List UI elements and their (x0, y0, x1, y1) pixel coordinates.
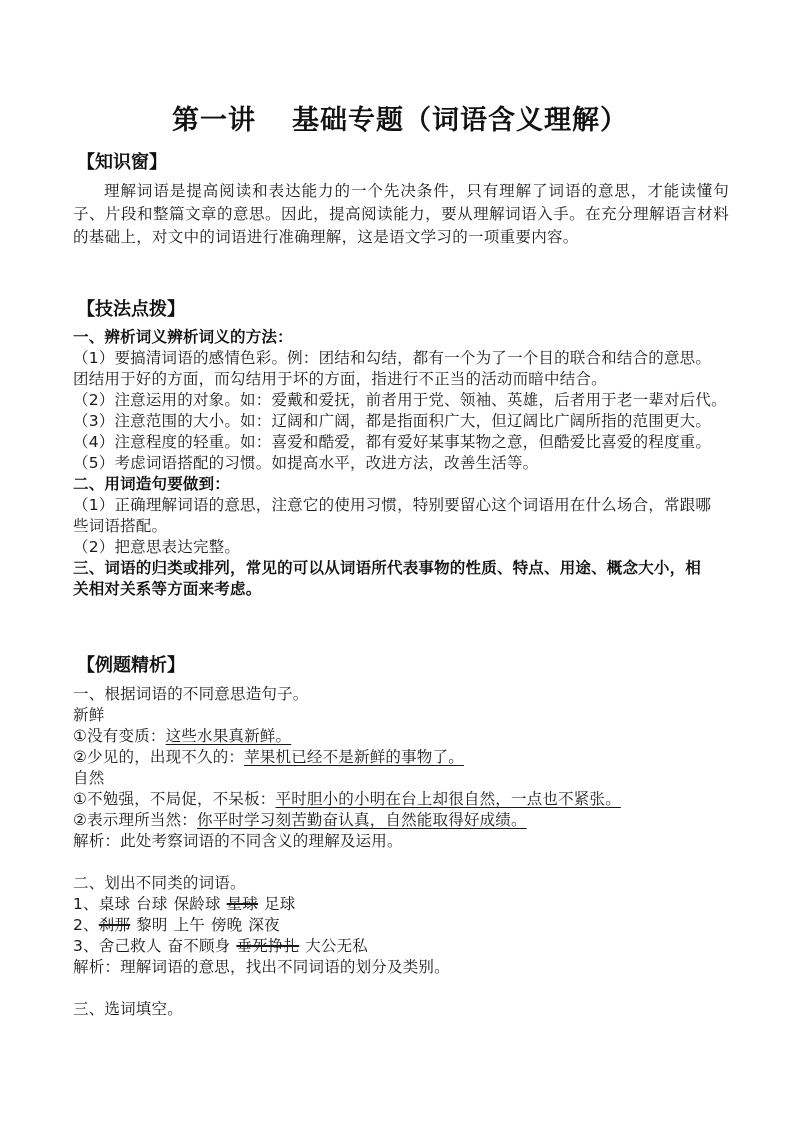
techniques-heading: 【技法点拨】 (77, 295, 185, 321)
word-group-row: 1、桌球台球保龄球星球足球 (73, 894, 729, 915)
word: 桌球 (99, 895, 130, 913)
word-heading: 自然 (73, 768, 729, 789)
lecture-topic: 基础专题（词语含义理解） (292, 105, 628, 136)
word: 台球 (136, 895, 167, 913)
struck-word: 垂死挣扎 (236, 937, 299, 955)
question-2-analysis: 解析：理解词语的意思，找出不同词语的划分及类别。 (73, 957, 729, 978)
word: 足球 (264, 895, 295, 913)
word-group-row: 2、刹那黎明上午傍晚深夜 (73, 915, 729, 936)
word: 奋不顾身 (168, 937, 231, 955)
word-group-row: 3、舍己救人奋不顾身垂死挣扎大公无私 (73, 936, 729, 957)
definition-label: ②少见的，出现不久的： (73, 748, 244, 766)
technique-item: （1）要搞清词语的感情色彩。例：团结和勾结，都有一个为了一个目的联合和结合的意思… (73, 348, 729, 369)
question-1-analysis: 解析：此处考察词语的不同含义的理解及运用。 (73, 831, 729, 852)
technique-item: 些词语搭配。 (73, 516, 729, 537)
example-sentence: 平时胆小的小明在台上却很自然，一点也不紧张。 (276, 790, 635, 808)
struck-word: 星球 (227, 895, 258, 913)
lecture-number: 第一讲 (172, 105, 256, 136)
example-sentence: 你平时学习刻苦勤奋认真，自然能取得好成绩。 (197, 811, 541, 829)
technique-item: （2）把意思表达完整。 (73, 537, 729, 558)
technique-item: 团结用于好的方面，而勾结用于坏的方面，指进行不正当的活动而暗中结合。 (73, 369, 729, 390)
word: 深夜 (248, 916, 279, 934)
knowledge-window-heading: 【知识窗】 (77, 148, 167, 174)
technique-section-1-title: 一、辨析词义辨析词义的方法： (73, 327, 729, 348)
word: 傍晚 (211, 916, 242, 934)
word: 黎明 (136, 916, 167, 934)
question-3-title: 三、选词填空。 (73, 999, 729, 1020)
technique-item: （3）注意范围的大小。如：辽阔和广阔，都是指面积广大，但辽阔比广阔所指的范围更大… (73, 411, 729, 432)
example-sentence: 苹果机已经不是新鲜的事物了。 (244, 748, 478, 766)
definition-label: ①没有变质： (73, 727, 166, 745)
definition-label: ②表示理所当然： (73, 811, 197, 829)
technique-section-3-line: 关相对关系等方面来考虑。 (73, 579, 729, 600)
technique-item: （1）正确理解词语的意思，注意它的使用习惯，特别要留心这个词语用在什么场合，常跟… (73, 495, 729, 516)
word: 上午 (174, 916, 205, 934)
definition-example: ①没有变质：这些水果真新鲜。 (73, 726, 729, 747)
question-1-title: 一、根据词语的不同意思造句子。 (73, 684, 729, 705)
definition-example: ②少见的，出现不久的：苹果机已经不是新鲜的事物了。 (73, 747, 729, 768)
technique-item: （5）考虑词语搭配的习惯。如提高水平，改进方法，改善生活等。 (73, 453, 729, 474)
definition-label: ①不勉强，不局促，不呆板： (73, 790, 276, 808)
word: 保龄球 (174, 895, 221, 913)
row-number: 2、 (73, 916, 99, 934)
examples-heading: 【例题精析】 (77, 651, 185, 677)
word: 舍己救人 (99, 937, 162, 955)
definition-example: ①不勉强，不局促，不呆板：平时胆小的小明在台上却很自然，一点也不紧张。 (73, 789, 729, 810)
technique-section-2-title: 二、用词造句要做到： (73, 474, 729, 495)
struck-word: 刹那 (99, 916, 130, 934)
row-number: 1、 (73, 895, 99, 913)
example-sentence: 这些水果真新鲜。 (166, 727, 306, 745)
word: 大公无私 (305, 937, 368, 955)
definition-example: ②表示理所当然：你平时学习刻苦勤奋认真，自然能取得好成绩。 (73, 810, 729, 831)
page-title: 第一讲基础专题（词语含义理解） (0, 98, 800, 137)
question-2-title: 二、划出不同类的词语。 (73, 873, 729, 894)
technique-section-3-line: 三、词语的归类或排列，常见的可以从词语所代表事物的性质、特点、用途、概念大小，相 (73, 558, 729, 579)
technique-item: （4）注意程度的轻重。如：喜爱和酷爱，都有爱好某事某物之意，但酷爱比喜爱的程度重… (73, 432, 729, 453)
knowledge-window-paragraph: 理解词语是提高阅读和表达能力的一个先决条件，只有理解了词语的意思，才能读懂句子、… (73, 180, 729, 249)
technique-item: （2）注意运用的对象。如：爱戴和爱抚，前者用于党、领袖、英雄，后者用于老一辈对后… (73, 390, 729, 411)
word-heading: 新鲜 (73, 705, 729, 726)
row-number: 3、 (73, 937, 99, 955)
